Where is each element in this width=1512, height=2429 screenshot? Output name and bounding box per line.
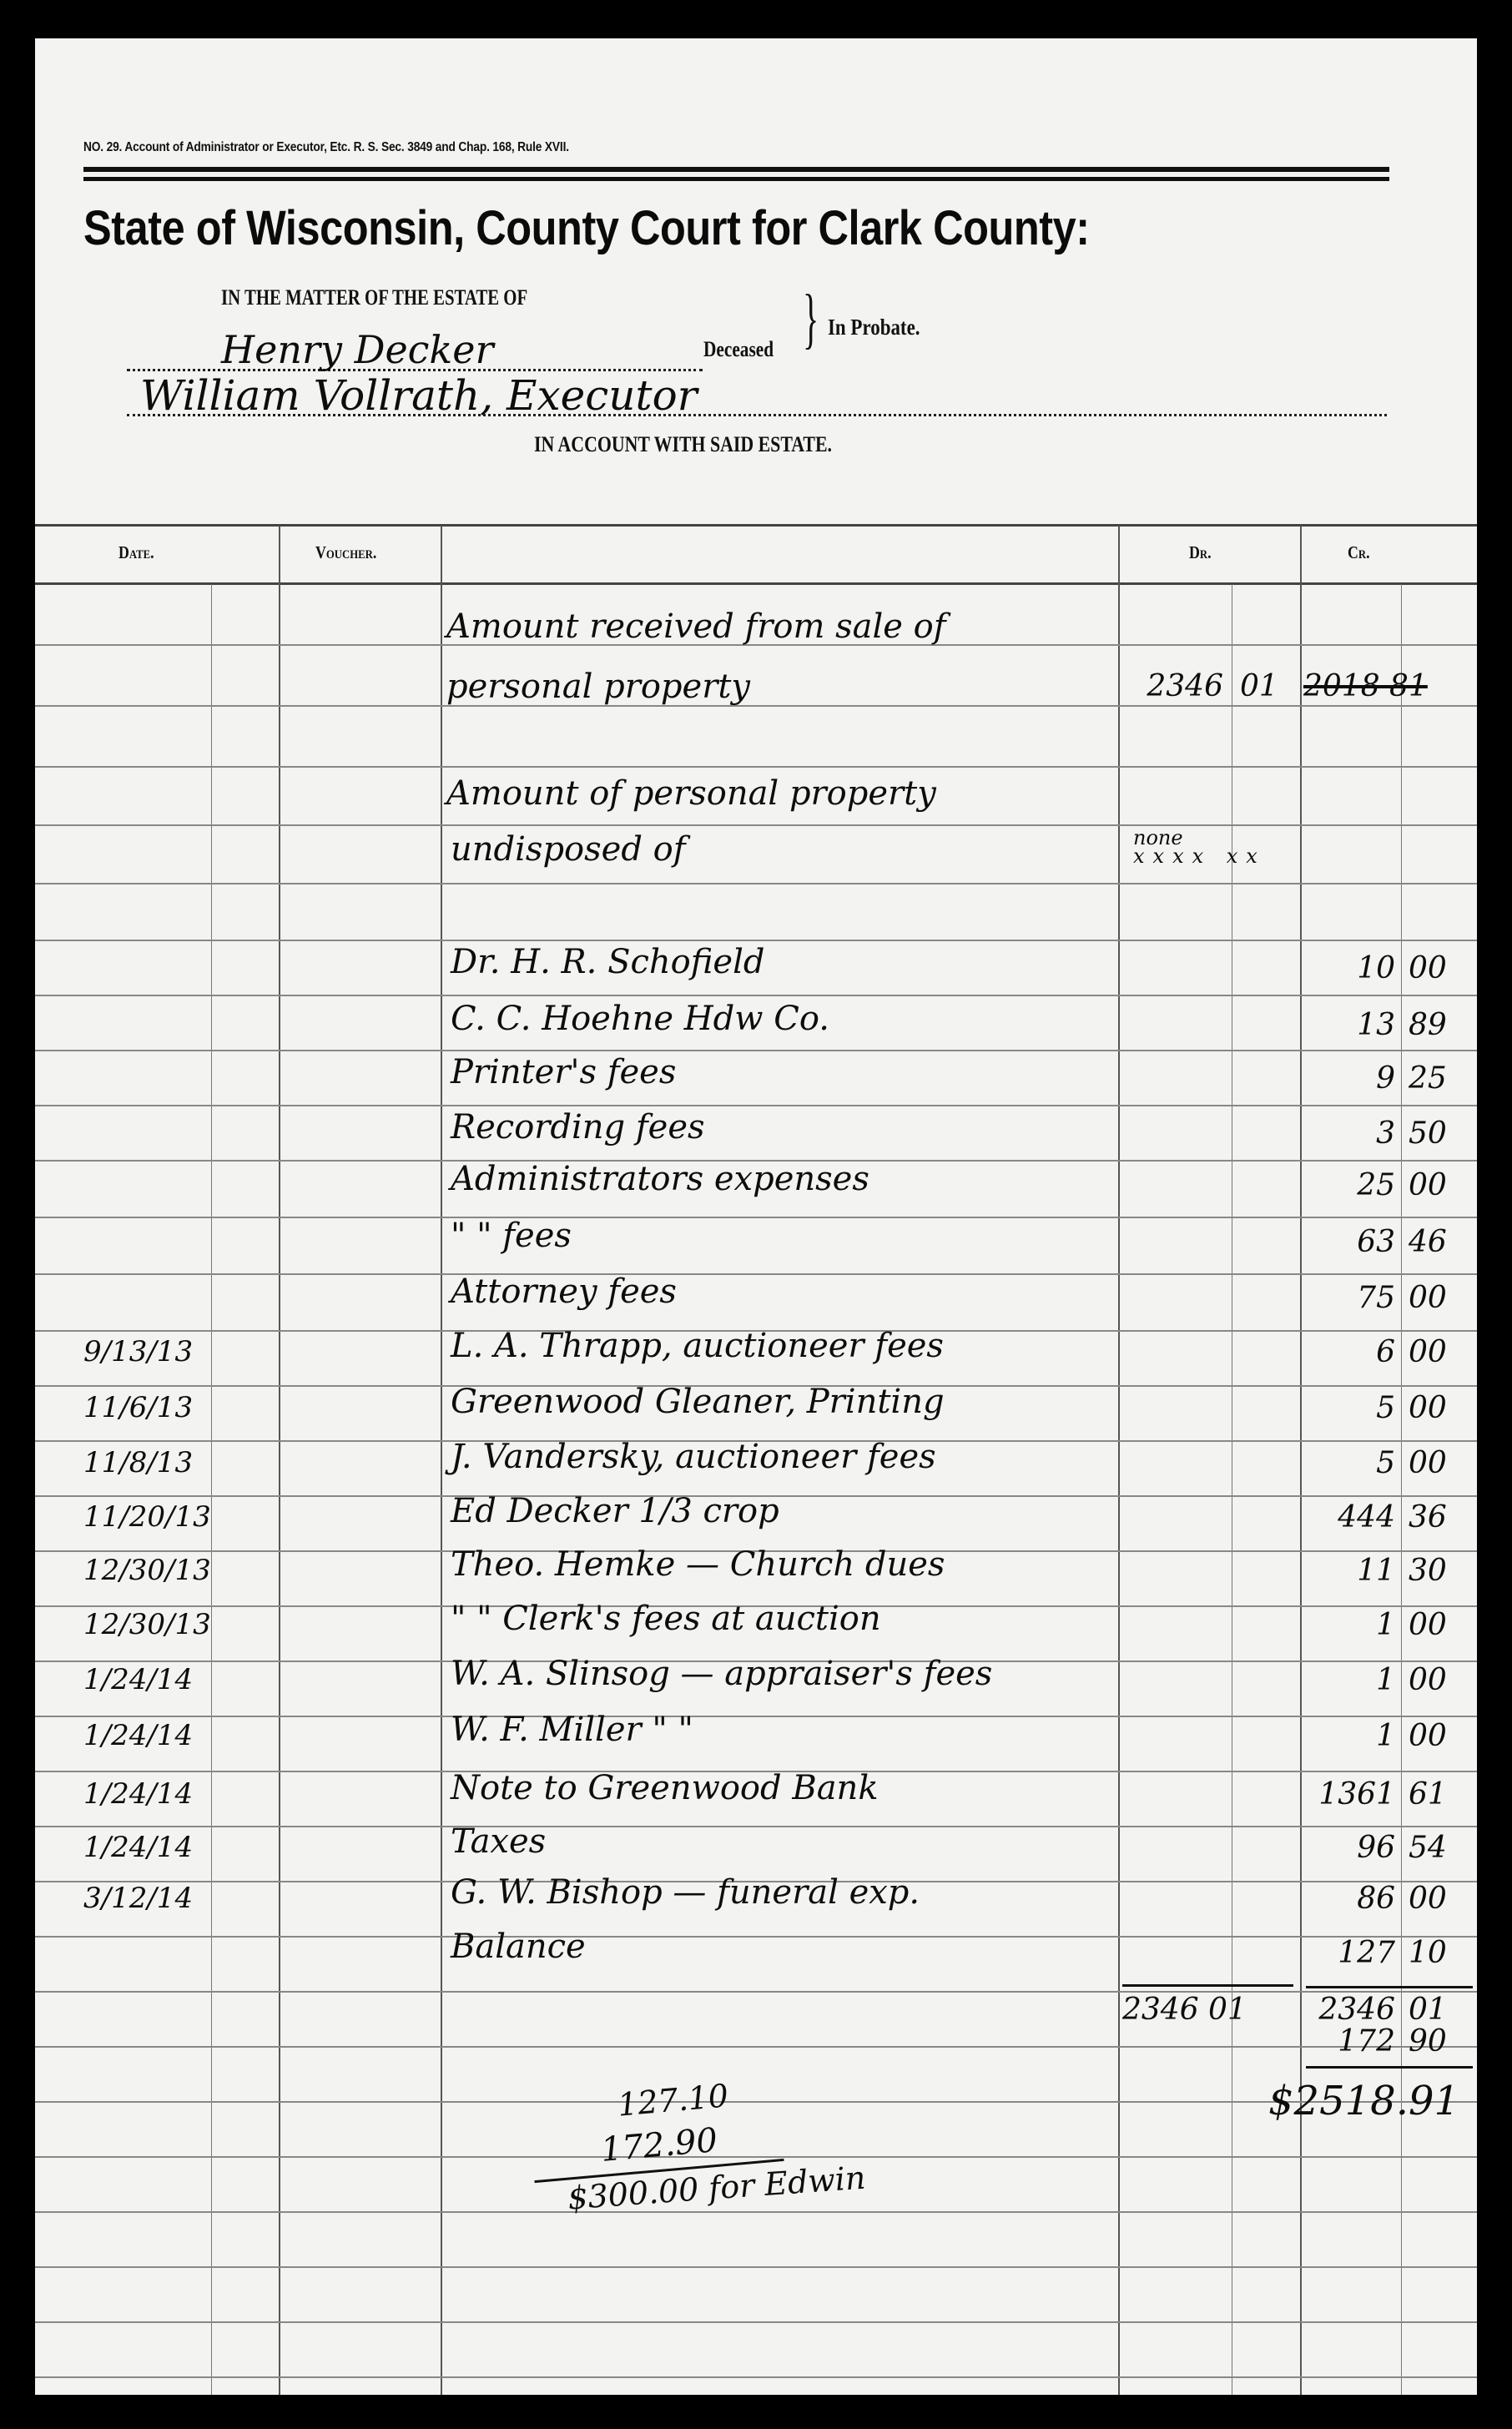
header-date: Date.: [118, 542, 154, 563]
entry-date: 1/24/14: [83, 1831, 193, 1864]
header-dr: Dr.: [1189, 542, 1212, 563]
entry-description: Attorney fees: [451, 1272, 677, 1311]
cr-grand-line: [1306, 2066, 1473, 2069]
cr-cents: 00: [1409, 1446, 1447, 1480]
entry-description: Ed Decker 1/3 crop: [451, 1492, 779, 1530]
ruled-line: [35, 2156, 1477, 2158]
entry-date: 12/30/13: [83, 1608, 211, 1641]
entry-description: L. A. Thrapp, auctioneer fees: [451, 1327, 944, 1365]
date-voucher-line: [279, 526, 280, 2395]
executor-name: William Vollrath, Executor: [140, 371, 698, 420]
cr-total-cents: 01: [1409, 1993, 1447, 2027]
cr-dollars: 75: [1303, 1281, 1395, 1315]
entry-date: 3/12/14: [83, 1882, 193, 1915]
ruled-line: [35, 1936, 1477, 1938]
cr-cents: 36: [1409, 1500, 1447, 1535]
ruled-line: [35, 1050, 1477, 1051]
cr-cents: 00: [1409, 1335, 1447, 1369]
entry-description: Greenwood Gleaner, Printing: [451, 1383, 945, 1421]
entry-description: Theo. Hemke — Church dues: [451, 1545, 945, 1584]
entry-description: " " Clerk's fees at auction: [451, 1600, 881, 1638]
cr-sum-line: [1306, 1986, 1473, 1988]
cr-cents: 00: [1409, 1391, 1447, 1425]
ruled-line: [35, 705, 1477, 707]
cr-add-dollars: 172: [1303, 2024, 1395, 2059]
entry-date: 1/24/14: [83, 1719, 193, 1752]
entry-description: undisposed of: [451, 830, 686, 869]
entry-date: 11/6/13: [83, 1391, 193, 1424]
cr-cents: 25: [1409, 1061, 1447, 1096]
date-inner-line: [211, 584, 212, 2395]
entry-description: G. W. Bishop — funeral exp.: [451, 1873, 920, 1912]
entry-date: 9/13/13: [83, 1335, 193, 1368]
cr-dollars: 5: [1303, 1391, 1395, 1425]
cr-dollars: 444: [1303, 1500, 1395, 1535]
header-bottom-rule: [35, 582, 1477, 585]
entry-description: Amount received from sale of: [446, 607, 946, 646]
entry-description: Amount of personal property: [446, 774, 936, 813]
dr-sum-line: [1122, 1984, 1293, 1987]
header-cr: Cr.: [1348, 542, 1370, 563]
cr-cents: 00: [1409, 1608, 1447, 1642]
cr-dollars: 3: [1303, 1116, 1395, 1151]
ruled-line: [35, 2046, 1477, 2048]
cr-dollars: 1361: [1303, 1777, 1395, 1812]
entry-date: 11/20/13: [83, 1500, 211, 1534]
brace: }: [803, 285, 819, 352]
cr-cents: 00: [1409, 1281, 1447, 1315]
deceased-label: Deceased: [703, 337, 774, 362]
entry-description: Printer's fees: [451, 1053, 676, 1091]
entry-date: 1/24/14: [83, 1663, 193, 1696]
cr-cents: 61: [1409, 1777, 1447, 1812]
ruled-line: [35, 2266, 1477, 2268]
ruled-line: [35, 1273, 1477, 1275]
entry-description: Note to Greenwood Bank: [451, 1769, 879, 1807]
deceased-name: Henry Decker: [221, 327, 494, 372]
cr-total-dollars: 2346: [1303, 1993, 1395, 2027]
ruled-line: [35, 2376, 1477, 2378]
cr-cents: 30: [1409, 1554, 1447, 1588]
entry-description: Dr. H. R. Schofield: [451, 943, 764, 981]
cr-cents: 00: [1409, 1882, 1447, 1916]
entry-description: Recording fees: [451, 1108, 705, 1146]
cr-dollars: 13: [1303, 1008, 1395, 1042]
cr-cents: 54: [1409, 1831, 1447, 1865]
cr-dollars: 1: [1303, 1663, 1395, 1697]
header-voucher: Voucher.: [315, 542, 376, 563]
in-probate-label: In Probate.: [828, 315, 920, 340]
double-rule-top: [83, 167, 1389, 172]
ruled-line: [35, 883, 1477, 884]
cr-dollars: 25: [1303, 1168, 1395, 1202]
dr-dollars: 2346: [1126, 669, 1223, 703]
cr-dollars: 127: [1303, 1936, 1395, 1970]
ruled-line: [35, 824, 1477, 826]
cr-cents: 00: [1409, 951, 1447, 985]
entry-description: J. Vandersky, auctioneer fees: [451, 1438, 936, 1476]
entry-date: 11/8/13: [83, 1446, 193, 1479]
cr-cents: 10: [1409, 1936, 1447, 1970]
form-number-line: NO. 29. Account of Administrator or Exec…: [83, 140, 569, 155]
cr-dollars: 1: [1303, 1608, 1395, 1642]
cr-cents: 00: [1409, 1719, 1447, 1753]
entry-date: 1/24/14: [83, 1777, 193, 1811]
entry-description: C. C. Hoehne Hdw Co.: [451, 1000, 829, 1038]
entry-date: 12/30/13: [83, 1554, 211, 1587]
double-rule-bottom: [83, 177, 1389, 181]
cr-cents: 46: [1409, 1225, 1447, 1259]
cr-dollars: 1: [1303, 1719, 1395, 1753]
dr-cents: 01: [1240, 669, 1278, 703]
cr-cents: 00: [1409, 1168, 1447, 1202]
cr-dollars: 96: [1303, 1831, 1395, 1865]
entry-description: W. A. Slinsog — appraiser's fees: [451, 1655, 992, 1693]
entry-description: Taxes: [451, 1822, 546, 1861]
dr-total: 2346 01: [1122, 1993, 1293, 2027]
ruled-line: [35, 1716, 1477, 1717]
cr-dollars: 5: [1303, 1446, 1395, 1480]
ruled-line: [35, 2101, 1477, 2103]
cr-dollars: 9: [1303, 1061, 1395, 1096]
ruled-line: [35, 1217, 1477, 1218]
tick-marks: xxxx xx: [1133, 844, 1266, 868]
ruled-line: [35, 2211, 1477, 2213]
ruled-line: [35, 766, 1477, 768]
ruled-line: [35, 995, 1477, 996]
estate-matter-label: IN THE MATTER OF THE ESTATE OF: [221, 285, 527, 310]
cr-dollars: 10: [1303, 951, 1395, 985]
cr-dollars: 6: [1303, 1335, 1395, 1369]
in-account-label: IN ACCOUNT WITH SAID ESTATE.: [534, 432, 832, 457]
cr-dollars: 63: [1303, 1225, 1395, 1259]
entry-description: Balance: [451, 1928, 586, 1966]
cr-dollars: 11: [1303, 1554, 1395, 1588]
entry-description: Administrators expenses: [451, 1160, 869, 1198]
voucher-desc-line: [441, 526, 442, 2395]
entry-description: W. F. Miller " ": [451, 1711, 693, 1749]
ruled-line: [35, 2321, 1477, 2323]
entry-description: " " fees: [451, 1217, 572, 1255]
cr-struck-amount: 2018 81: [1303, 669, 1467, 703]
desc-dr-line: [1118, 526, 1120, 2395]
cr-grand-total: $2518.91: [1268, 2078, 1459, 2124]
entry-description: personal property: [446, 668, 750, 706]
ruled-line: [35, 1105, 1477, 1106]
table-top-rule: [35, 524, 1477, 527]
court-title: State of Wisconsin, County Court for Cla…: [83, 200, 1223, 256]
cr-add-cents: 90: [1409, 2024, 1447, 2059]
cr-dollars: 86: [1303, 1882, 1395, 1916]
cr-cents: 50: [1409, 1116, 1447, 1151]
ruled-line: [35, 1826, 1477, 1827]
cr-cents: 00: [1409, 1663, 1447, 1697]
cr-cents: 89: [1409, 1008, 1447, 1042]
ruled-line: [35, 940, 1477, 941]
